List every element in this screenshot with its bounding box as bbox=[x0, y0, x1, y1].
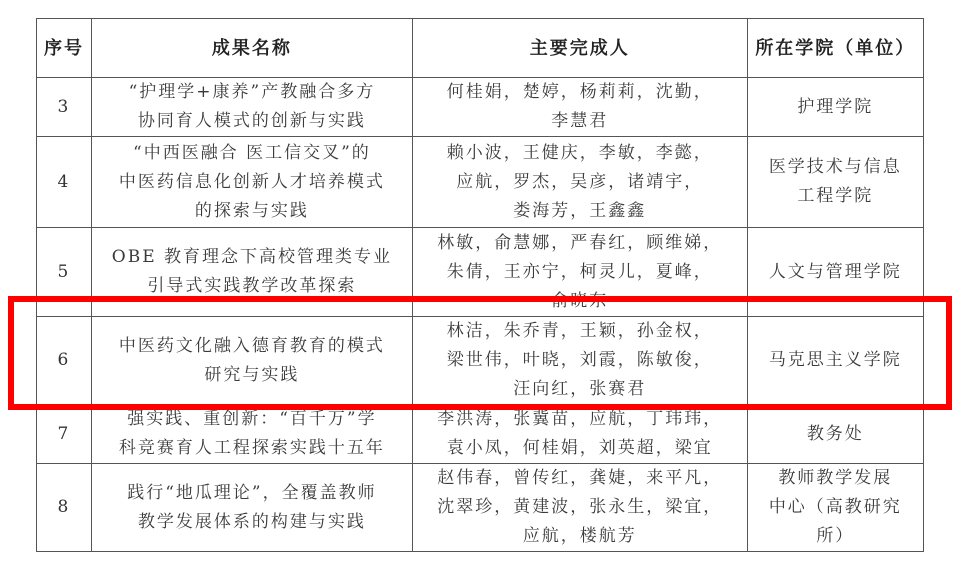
achievement-title: OBE 教育理念下高校管理类专业 引导式实践教学改革探索 bbox=[91, 228, 412, 317]
unit-line: 护理学院 bbox=[754, 93, 917, 122]
title-line: 的探索与实践 bbox=[98, 197, 406, 226]
people-line: 汪向红，张赛君 bbox=[419, 375, 741, 404]
achievement-title: 强实践、重创新：“百千万”学 科竞赛育人工程探索实践十五年 bbox=[91, 405, 412, 464]
achievement-title: “中西医融合 医工信交叉”的 中医药信息化创新人才培养模式 的探索与实践 bbox=[91, 137, 412, 228]
row-number: 5 bbox=[37, 228, 92, 317]
main-contributors: 林敏，俞慧娜，严春红，顾维娣， 朱倩，王亦宁，柯灵儿，夏峰， 俞晓东 bbox=[412, 228, 747, 317]
unit-line: 所） bbox=[754, 522, 917, 551]
college-unit: 护理学院 bbox=[747, 78, 923, 137]
header-unit: 所在学院（单位） bbox=[747, 19, 923, 78]
people-line: 林敏，俞慧娜，严春红，顾维娣， bbox=[419, 229, 741, 258]
people-line: 李慧君 bbox=[419, 107, 741, 136]
table-row: 4 “中西医融合 医工信交叉”的 中医药信息化创新人才培养模式 的探索与实践 赖… bbox=[37, 137, 924, 228]
main-contributors: 赵伟春，曾传红，龚婕，来平凡， 沈翠珍，黄建波，张永生，梁宜， 应航，楼航芳 bbox=[412, 464, 747, 552]
college-unit: 人文与管理学院 bbox=[747, 228, 923, 317]
achievements-table: 序号 成果名称 主要完成人 所在学院（单位） 3 “护理学+康养”产教融合多方 … bbox=[36, 18, 924, 552]
achievement-title: “护理学+康养”产教融合多方 协同育人模式的创新与实践 bbox=[91, 78, 412, 137]
people-line: 袁小凤，何桂娟，刘英超，梁宜 bbox=[419, 434, 741, 463]
unit-line: 工程学院 bbox=[754, 182, 917, 211]
title-line: 践行“地瓜理论”，全覆盖教师 bbox=[98, 479, 406, 508]
table-row: 3 “护理学+康养”产教融合多方 协同育人模式的创新与实践 何桂娟，楚婷，杨莉莉… bbox=[37, 78, 924, 137]
main-contributors: 何桂娟，楚婷，杨莉莉，沈勤， 李慧君 bbox=[412, 78, 747, 137]
title-line: 中医药文化融入德育教育的模式 bbox=[98, 332, 406, 361]
main-contributors: 李洪涛，张冀苗，应航，丁玮玮， 袁小凤，何桂娟，刘英超，梁宜 bbox=[412, 405, 747, 464]
title-line: “护理学+康养”产教融合多方 bbox=[98, 78, 406, 107]
people-line: 梁世伟，叶晓，刘霞，陈敏俊， bbox=[419, 346, 741, 375]
college-unit: 马克思主义学院 bbox=[747, 317, 923, 405]
unit-line: 中心（高教研究 bbox=[754, 493, 917, 522]
main-contributors: 赖小波，王健庆，李敏，李懿， 应航，罗杰，吴彦，诸靖宇， 娄海芳，王鑫鑫 bbox=[412, 137, 747, 228]
college-unit: 教务处 bbox=[747, 405, 923, 464]
unit-line: 人文与管理学院 bbox=[754, 258, 917, 287]
unit-line: 教师教学发展 bbox=[754, 464, 917, 493]
achievement-title: 中医药文化融入德育教育的模式 研究与实践 bbox=[91, 317, 412, 405]
header-people: 主要完成人 bbox=[412, 19, 747, 78]
row-number: 3 bbox=[37, 78, 92, 137]
title-line: 教学发展体系的构建与实践 bbox=[98, 508, 406, 537]
table-row: 5 OBE 教育理念下高校管理类专业 引导式实践教学改革探索 林敏，俞慧娜，严春… bbox=[37, 228, 924, 317]
people-line: 娄海芳，王鑫鑫 bbox=[419, 197, 741, 226]
unit-line: 马克思主义学院 bbox=[754, 346, 917, 375]
title-line: 协同育人模式的创新与实践 bbox=[98, 107, 406, 136]
row-number: 4 bbox=[37, 137, 92, 228]
table-row-highlighted: 6 中医药文化融入德育教育的模式 研究与实践 林洁，朱乔青，王颖，孙金权， 梁世… bbox=[37, 317, 924, 405]
people-line: 俞晓东 bbox=[419, 287, 741, 316]
row-number: 7 bbox=[37, 405, 92, 464]
title-line: 引导式实践教学改革探索 bbox=[98, 272, 406, 301]
people-line: 赵伟春，曾传红，龚婕，来平凡， bbox=[419, 464, 741, 493]
main-contributors: 林洁，朱乔青，王颖，孙金权， 梁世伟，叶晓，刘霞，陈敏俊， 汪向红，张赛君 bbox=[412, 317, 747, 405]
people-line: 应航，楼航芳 bbox=[419, 522, 741, 551]
achievement-title: 践行“地瓜理论”，全覆盖教师 教学发展体系的构建与实践 bbox=[91, 464, 412, 552]
college-unit: 医学技术与信息 工程学院 bbox=[747, 137, 923, 228]
people-line: 何桂娟，楚婷，杨莉莉，沈勤， bbox=[419, 78, 741, 107]
title-line: 科竞赛育人工程探索实践十五年 bbox=[98, 434, 406, 463]
people-line: 沈翠珍，黄建波，张永生，梁宜， bbox=[419, 493, 741, 522]
title-line: 强实践、重创新：“百千万”学 bbox=[98, 405, 406, 434]
title-line: OBE 教育理念下高校管理类专业 bbox=[98, 243, 406, 272]
title-line: 研究与实践 bbox=[98, 361, 406, 390]
people-line: 林洁，朱乔青，王颖，孙金权， bbox=[419, 317, 741, 346]
unit-line: 医学技术与信息 bbox=[754, 153, 917, 182]
unit-line: 教务处 bbox=[754, 420, 917, 449]
row-number: 6 bbox=[37, 317, 92, 405]
table-header-row: 序号 成果名称 主要完成人 所在学院（单位） bbox=[37, 19, 924, 78]
people-line: 赖小波，王健庆，李敏，李懿， bbox=[419, 139, 741, 168]
college-unit: 教师教学发展 中心（高教研究 所） bbox=[747, 464, 923, 552]
people-line: 应航，罗杰，吴彦，诸靖宇， bbox=[419, 168, 741, 197]
people-line: 朱倩，王亦宁，柯灵儿，夏峰， bbox=[419, 258, 741, 287]
title-line: “中西医融合 医工信交叉”的 bbox=[98, 139, 406, 168]
title-line: 中医药信息化创新人才培养模式 bbox=[98, 168, 406, 197]
header-title: 成果名称 bbox=[91, 19, 412, 78]
people-line: 李洪涛，张冀苗，应航，丁玮玮， bbox=[419, 405, 741, 434]
table-row: 8 践行“地瓜理论”，全覆盖教师 教学发展体系的构建与实践 赵伟春，曾传红，龚婕… bbox=[37, 464, 924, 552]
header-no: 序号 bbox=[37, 19, 92, 78]
table-row: 7 强实践、重创新：“百千万”学 科竞赛育人工程探索实践十五年 李洪涛，张冀苗，… bbox=[37, 405, 924, 464]
row-number: 8 bbox=[37, 464, 92, 552]
